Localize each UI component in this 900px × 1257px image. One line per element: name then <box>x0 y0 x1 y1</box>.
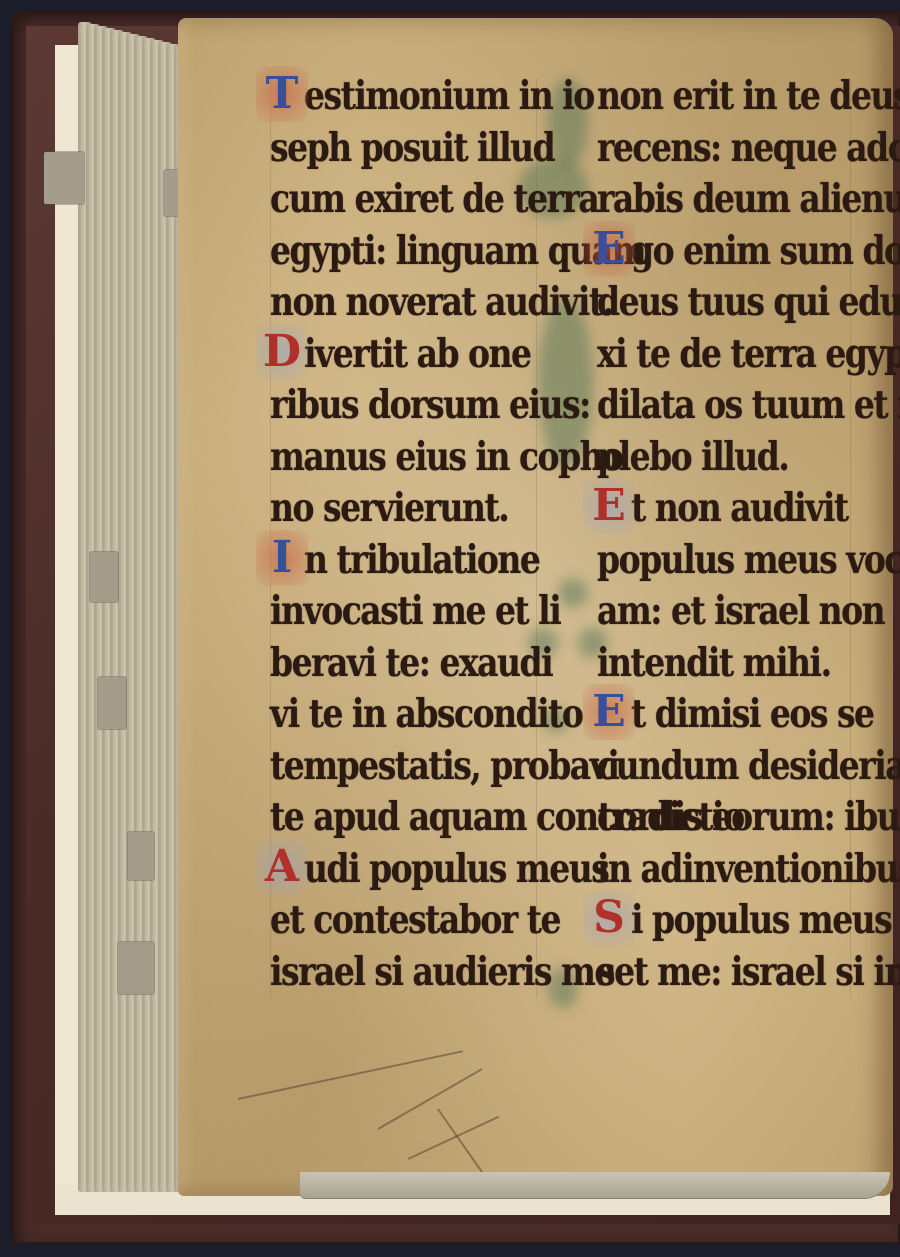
illuminated-initial: D <box>256 324 308 380</box>
parchment-crack <box>238 1050 463 1099</box>
green-stain <box>558 578 588 608</box>
text-column-left: estimonium in ioseph posuit illudcum exi… <box>270 70 540 997</box>
illuminated-initial: A <box>256 839 308 895</box>
tab-marker <box>44 152 84 204</box>
tab-marker <box>128 832 154 880</box>
text-line: israel si audieris me <box>270 941 540 1002</box>
page-curl-bottom <box>300 1172 890 1198</box>
illuminated-initial: I <box>256 530 308 586</box>
illuminated-initial: S <box>583 890 635 946</box>
illuminated-initial: E <box>583 221 635 277</box>
illuminated-initial: E <box>583 478 635 534</box>
tab-marker <box>118 942 154 994</box>
tab-marker <box>98 677 126 729</box>
text-line: set me: israel si in viis <box>597 941 857 1002</box>
illuminated-initial: E <box>583 684 635 740</box>
tab-marker <box>90 552 118 602</box>
illuminated-initial: T <box>256 66 308 122</box>
parchment-crack <box>408 1116 499 1160</box>
parchment-crack <box>378 1068 483 1129</box>
text-column-right: non erit in te deusrecens: neque adorabi… <box>597 70 857 997</box>
